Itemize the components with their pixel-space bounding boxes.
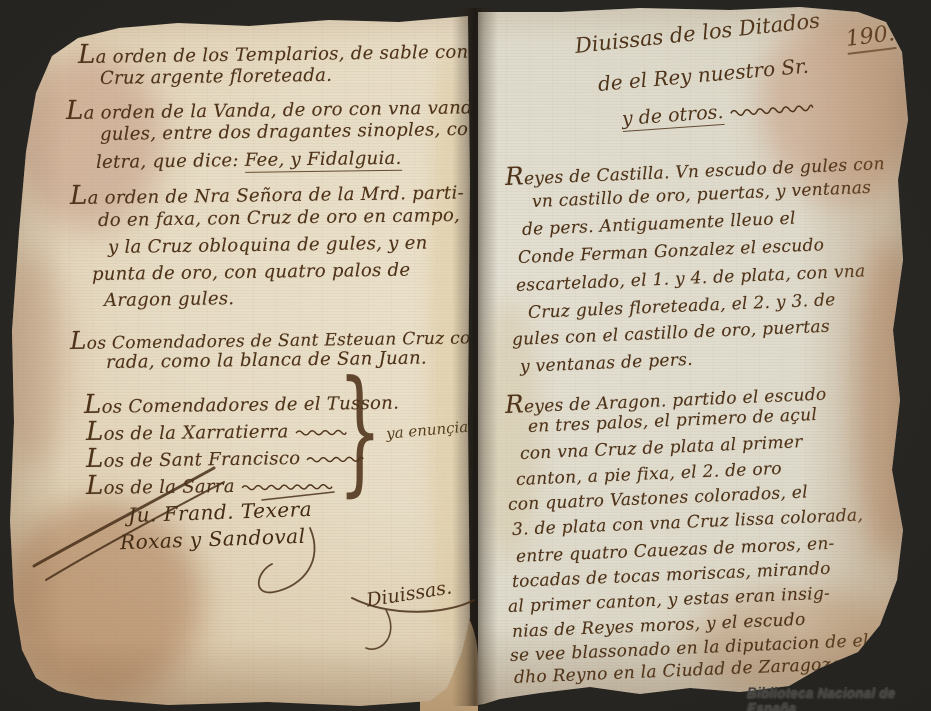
- manuscript-line: Los de la Sarra: [86, 468, 333, 501]
- manuscript-line: Aragon gules.: [104, 288, 235, 311]
- paper-stain: [855, 240, 925, 560]
- manuscript-line: y la Cruz obloquina de gules, y en: [108, 233, 428, 258]
- grouping-brace: }: [338, 364, 382, 500]
- manuscript-line: de pers. Antiguamente lleuo el: [522, 209, 796, 240]
- page-heading-line: Diuissas de los Ditados: [574, 8, 821, 58]
- paper-stain: [0, 250, 70, 470]
- manuscript-line: gules, entre dos dragantes sinoples, con…: [100, 118, 520, 145]
- manuscript-line: punta de oro, con quatro palos de: [92, 260, 411, 285]
- heading-text: y de otros.: [621, 101, 724, 132]
- ink-squiggle: [729, 102, 813, 118]
- catchword: Diuissas.: [365, 576, 454, 611]
- underlined-motto: Fee, y Fidalguia.: [245, 148, 402, 173]
- ink-squiggle: [241, 482, 333, 492]
- line-text: Los de la Sarra: [86, 476, 235, 499]
- manuscript-line: Conde Ferman Gonzalez el escudo: [518, 235, 825, 268]
- folio-number: 190.: [844, 21, 896, 55]
- manuscript-photo: La orden de los Templarios, de sable con…: [0, 0, 931, 711]
- manuscript-line: letra, que dice: Fee, y Fidalguia.: [96, 148, 402, 173]
- manuscript-line: y ventanas de pers.: [520, 350, 694, 377]
- signature-line: Roxas y Sandoval: [120, 524, 306, 554]
- page-heading-line: de el Rey nuestro Sr.: [597, 54, 810, 96]
- line-text: letra, que dice:: [96, 150, 245, 173]
- signature-line: Ju. Frand. Texera: [128, 497, 313, 527]
- library-watermark: Biblioteca Nacional de España: [747, 685, 931, 711]
- manuscript-line: Cruz argente floreteada.: [100, 65, 332, 89]
- manuscript-line: do en faxa, con Cruz de oro en campo,: [98, 205, 460, 231]
- page-heading-line: y de otros.: [621, 95, 814, 130]
